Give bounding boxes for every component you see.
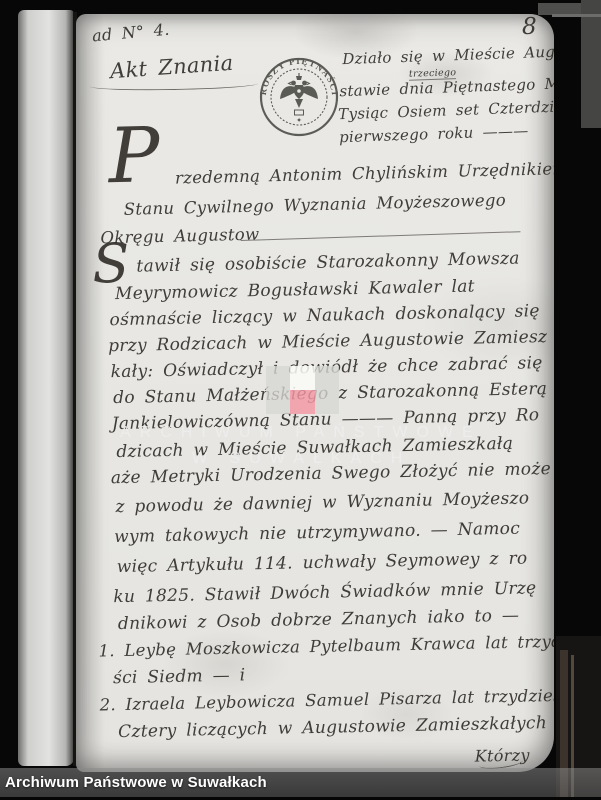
caption-text: Archiwum Państwowe w Suwałkach xyxy=(0,768,601,797)
document-page: ad N° 4. Akt Znania GROSZY PIĘTNAŚCIE ✦ xyxy=(76,14,554,772)
frame-right-highlight xyxy=(552,14,601,17)
watermark-logo-white xyxy=(290,366,315,390)
archival-scan-viewer: ad N° 4. Akt Znania GROSZY PIĘTNAŚCIE ✦ xyxy=(0,0,601,800)
text-line: wym takowych nie utrzymywano. — Namoc xyxy=(114,519,520,547)
witness-item-2: 2. Izraela Leybowicza Samuel Pisarza lat… xyxy=(99,685,554,714)
text-line: dnikowi z Osob dobrze Znanych iako to — xyxy=(118,606,520,634)
text-line: Meyrymowicz Bogusławski Kawaler lat xyxy=(115,277,475,305)
text-line: więc Artykułu 114. uchwały Seymowey z ro xyxy=(117,548,528,577)
text-line: z powodu że dawniej w Wyznaniu Moyżeszo xyxy=(115,488,529,517)
text-line: ści Siedm — i xyxy=(113,665,246,688)
watermark-text-line2: W SUWAŁKACH xyxy=(192,450,411,468)
text-line: ku 1825. Stawił Dwóch Świadków mnie Urzę xyxy=(113,578,536,607)
watermark-logo-gray-left xyxy=(266,366,290,414)
watermark-logo-red xyxy=(290,390,315,414)
watermark-logo-gray-right xyxy=(315,366,339,414)
watermark-text-line1: ARCHIWUM PAŃSTWOWE xyxy=(120,424,482,442)
text-line: Cztery liczących w Augustowie Zamieszkał… xyxy=(118,713,547,742)
text-line: przy Rodzicach w Mieście Augustowie Zami… xyxy=(108,327,548,356)
text-line: ośmnaście liczący w Naukach doskonalący … xyxy=(109,301,540,330)
text-line: tawił się osobiście Starozakonny Mowsza xyxy=(136,249,520,277)
book-page-edge xyxy=(18,10,74,766)
caption-bar: Archiwum Państwowe w Suwałkach xyxy=(0,768,601,797)
witness-item-1: 1. Leybę Moszkowicza Pytelbaum Krawca la… xyxy=(98,631,554,660)
frame-right-strip xyxy=(581,0,601,128)
drop-cap-s: S xyxy=(92,242,130,286)
